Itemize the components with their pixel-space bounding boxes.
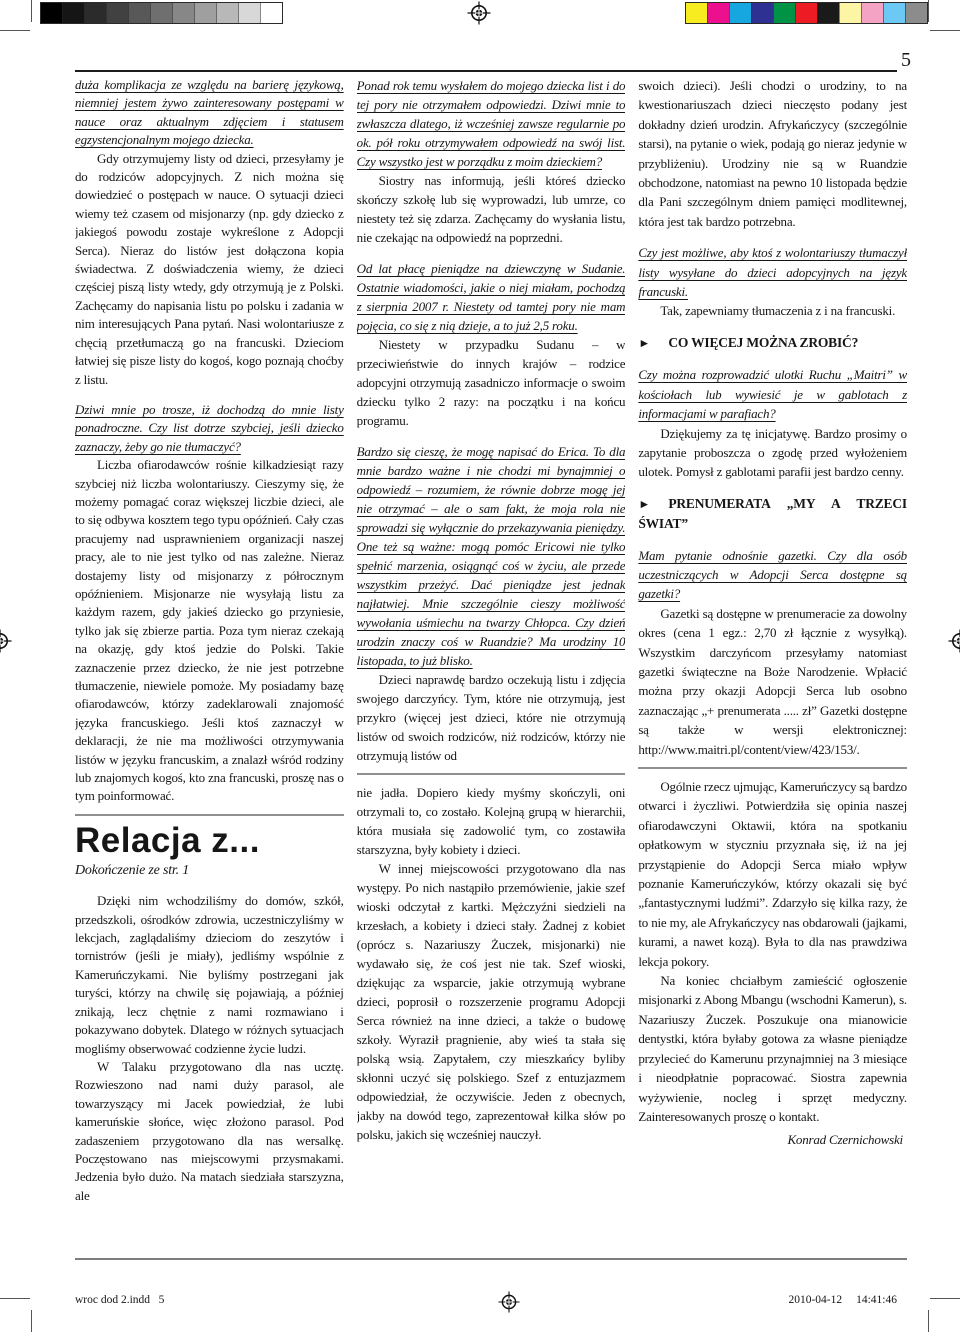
- column-right: swoich dzieci). Jeśli chodzi o urodziny,…: [638, 76, 907, 1257]
- article-heading: Relacja z...: [75, 824, 344, 858]
- question-paragraph: Czy można rozprowadzić ulotki Ruchu „Mai…: [638, 365, 907, 423]
- arrow-right-icon: ►: [638, 334, 668, 353]
- calibration-swatch: [839, 3, 861, 23]
- calibration-swatch: [194, 3, 216, 23]
- calibration-swatch: [817, 3, 839, 23]
- calibration-swatch: [62, 3, 84, 23]
- crop-mark: [928, 0, 929, 22]
- calibration-swatch: [84, 3, 106, 23]
- footer-date: 2010-04-12: [788, 1294, 842, 1306]
- crop-mark: [930, 1298, 960, 1299]
- answer-paragraph: Tak, zapewniamy tłumaczenia z i na franc…: [638, 301, 907, 320]
- answer-paragraph: Dziękujemy za tę inicjatywę. Bardzo pros…: [638, 424, 907, 482]
- calibration-swatch: [773, 3, 795, 23]
- footer-filename: wroc dod 2.indd 5: [75, 1294, 164, 1306]
- header-rule: [75, 70, 897, 72]
- registration-mark-icon: [948, 629, 960, 653]
- calibration-swatch: [128, 3, 150, 23]
- author-signature: Konrad Czernichowski: [638, 1130, 907, 1149]
- question-paragraph: Bardzo się cieszę, że mogę napisać do Er…: [357, 442, 626, 670]
- color-calibration-bar: [685, 2, 928, 24]
- bottom-rule: [75, 1258, 907, 1260]
- section-divider-rule: [75, 814, 344, 816]
- scanned-newsletter-page: 5 duża komplikacja ze względu na barierę…: [0, 0, 960, 1332]
- answer-paragraph: Gdy otrzymujemy listy od dzieci, przesył…: [75, 150, 344, 389]
- section-divider-rule: [357, 773, 626, 775]
- answer-paragraph: Dzieci naprawdę bardzo oczekują listu i …: [357, 670, 626, 765]
- registration-mark-icon: [0, 629, 12, 653]
- answer-paragraph: Liczba ofiarodawców rośnie kilkadziesiąt…: [75, 456, 344, 806]
- calibration-swatch: [905, 3, 927, 23]
- calibration-swatch: [41, 3, 62, 23]
- calibration-swatch: [686, 3, 707, 23]
- question-paragraph: Ponad rok temu wysłałem do mojego dzieck…: [357, 76, 626, 171]
- crop-mark: [0, 1298, 30, 1299]
- calibration-swatch: [729, 3, 751, 23]
- article-paragraph: W innej miejscowości przygotowano dla na…: [357, 859, 626, 1144]
- question-paragraph: Od lat płacę pieniądze na dziewczynę w S…: [357, 259, 626, 335]
- article-paragraph: Ogólnie rzecz ujmując, Kameruńczycy są b…: [638, 777, 907, 971]
- article-paragraph: swoich dzieci). Jeśli chodzi o urodziny,…: [638, 76, 907, 231]
- footer-timestamp: 2010-04-1214:41:46: [788, 1294, 897, 1306]
- article-paragraph: Na koniec chciałbym zamieścić ogłoszenie…: [638, 971, 907, 1126]
- question-paragraph: Dziwi mnie po trosze, iż dochodzą do mni…: [75, 401, 344, 456]
- article-paragraph: W Talaku przygotowano dla nas ucztę. Roz…: [75, 1058, 344, 1205]
- article-paragraph: Dzięki nim wchodziliśmy do domów, szkół,…: [75, 892, 344, 1058]
- article-paragraph: nie jadła. Dopiero kiedy myśmy skończyli…: [357, 783, 626, 859]
- calibration-swatch: [751, 3, 773, 23]
- crop-mark: [31, 1310, 32, 1332]
- crop-mark: [930, 30, 960, 31]
- section-divider-rule: [638, 767, 907, 769]
- calibration-swatch: [260, 3, 282, 23]
- question-paragraph: duża komplikacja ze względu na barierę j…: [75, 76, 344, 150]
- calibration-swatch: [707, 3, 729, 23]
- calibration-swatch: [795, 3, 817, 23]
- crop-mark: [928, 1310, 929, 1332]
- article-subheading: Dokończenie ze str. 1: [75, 862, 344, 880]
- answer-paragraph: Gazetki są dostępne w prenumeracie za do…: [638, 604, 907, 759]
- registration-mark-icon: [467, 1, 491, 25]
- answer-paragraph: Siostry nas informują, jeśli któreś dzie…: [357, 171, 626, 247]
- calibration-swatch: [216, 3, 238, 23]
- crop-mark: [0, 30, 30, 31]
- column-left: duża komplikacja ze względu na barierę j…: [75, 76, 344, 1257]
- calibration-swatch: [238, 3, 260, 23]
- article-columns: duża komplikacja ze względu na barierę j…: [75, 76, 907, 1257]
- grayscale-calibration-bar: [40, 2, 283, 24]
- section-header: ►PRENUMERATA „MY A TRZECI ŚWIAT”: [638, 494, 907, 534]
- calibration-swatch: [861, 3, 883, 23]
- registration-mark-icon: [498, 1291, 520, 1313]
- calibration-swatch: [172, 3, 194, 23]
- calibration-swatch: [106, 3, 128, 23]
- question-paragraph: Czy jest możliwe, aby ktoś z wolontarius…: [638, 243, 907, 301]
- page-number: 5: [901, 50, 911, 70]
- question-paragraph: Mam pytanie odnośnie gazetki. Czy dla os…: [638, 546, 907, 604]
- footer-time: 14:41:46: [856, 1294, 897, 1306]
- calibration-swatch: [150, 3, 172, 23]
- section-header: ►CO WIĘCEJ MOŻNA ZROBIĆ?: [638, 333, 907, 353]
- calibration-swatch: [883, 3, 905, 23]
- arrow-right-icon: ►: [638, 495, 668, 514]
- crop-mark: [31, 0, 32, 22]
- answer-paragraph: Niestety w przypadku Sudanu – w przeciwi…: [357, 335, 626, 430]
- column-middle: Ponad rok temu wysłałem do mojego dzieck…: [357, 76, 626, 1257]
